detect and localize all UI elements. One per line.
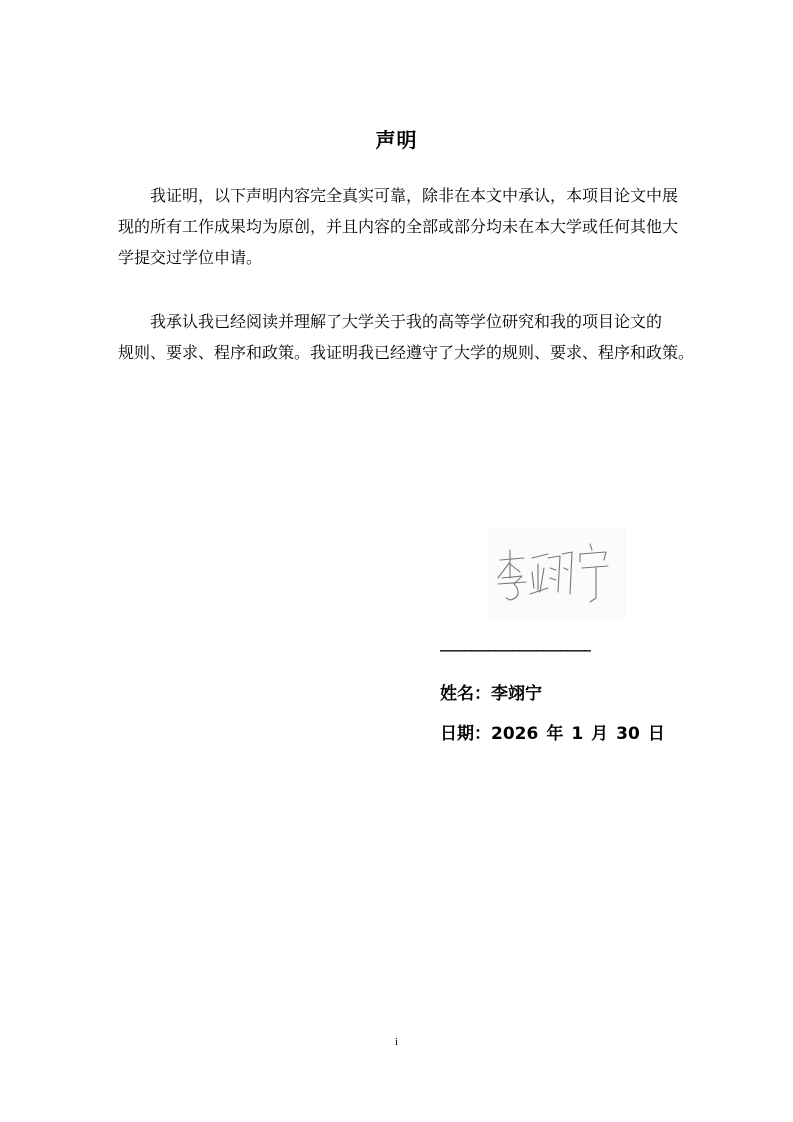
declaration-paragraph-1: 我证明，以下声明内容完全真实可靠，除非在本文中承认，本项目论文中展 现的所有工作… xyxy=(118,180,690,273)
date-year-unit: 年 xyxy=(546,719,563,744)
date-year: 2026 xyxy=(491,724,538,744)
date-field: 日期：2026年1月30日 xyxy=(440,719,665,744)
paragraph-line: 我承认我已经阅读并理解了大学关于我的高等学位研究和我的项目论文的 xyxy=(118,306,690,337)
paragraph-line: 规则、要求、程序和政策。我证明我已经遵守了大学的规则、要求、程序和政策。 xyxy=(118,337,690,368)
date-day-unit: 日 xyxy=(648,719,665,744)
declaration-paragraph-2: 我承认我已经阅读并理解了大学关于我的高等学位研究和我的项目论文的 规则、要求、程… xyxy=(118,306,690,368)
name-value: 李翊宁 xyxy=(491,679,542,704)
name-field: 姓名：李翊宁 xyxy=(440,679,542,704)
page-title: 声明 xyxy=(0,124,793,153)
date-month-unit: 月 xyxy=(591,719,608,744)
date-day: 30 xyxy=(616,724,640,744)
paragraph-line: 学提交过学位申请。 xyxy=(118,242,690,273)
signature-image xyxy=(488,528,626,620)
signature-underline: _________________________ xyxy=(440,636,590,652)
date-label: 日期： xyxy=(440,719,491,744)
paragraph-line: 现的所有工作成果均为原创，并且内容的全部或部分均未在本大学或任何其他大 xyxy=(118,211,690,242)
date-month: 1 xyxy=(571,724,583,744)
page-number: i xyxy=(0,1036,793,1048)
paragraph-line: 我证明，以下声明内容完全真实可靠，除非在本文中承认，本项目论文中展 xyxy=(118,180,690,211)
name-label: 姓名： xyxy=(440,679,491,704)
